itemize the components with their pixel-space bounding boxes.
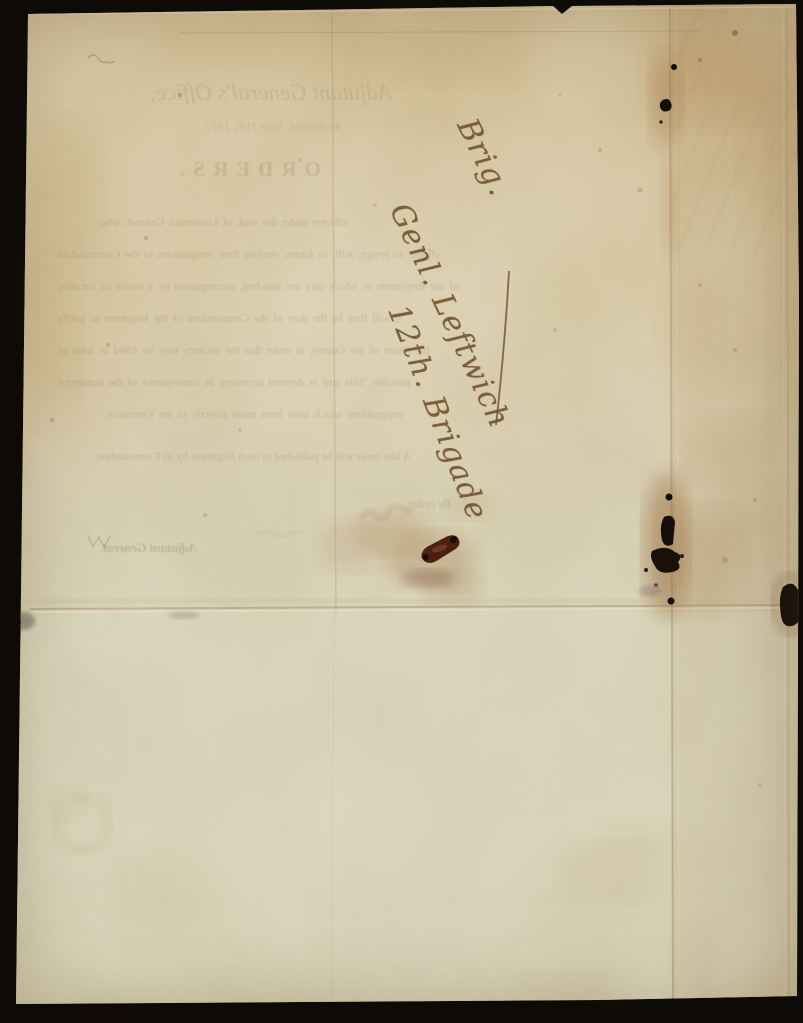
scanner-bed: Adjutant General's Office, Richmond, Jun… — [0, 0, 803, 1023]
edge-vignette — [0, 0, 803, 1023]
document-page: Adjutant General's Office, Richmond, Jun… — [0, 0, 803, 1023]
smudge — [15, 620, 21, 626]
